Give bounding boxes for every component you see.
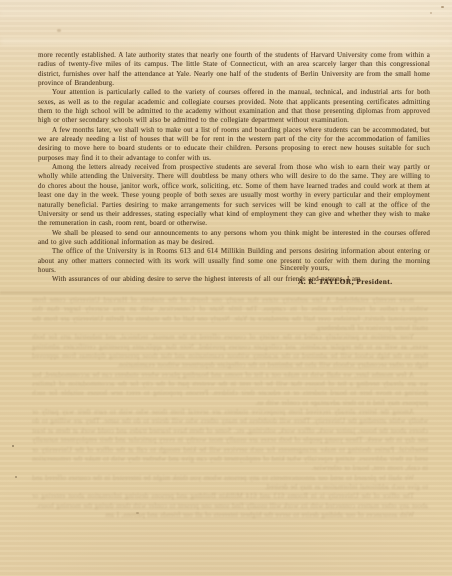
letter-body: more recently established. A late author… [38, 51, 430, 285]
closing-line: Sincerely yours, [280, 264, 330, 272]
paper-speck [12, 445, 14, 447]
paper-crease [0, 291, 452, 295]
letter-paragraph: We shall be pleased to send our announce… [38, 229, 430, 248]
signature-line: A. R. TAYLOR, President. [298, 277, 393, 286]
paper-smudge [57, 29, 61, 32]
letter-paragraph: Among the letters already received from … [38, 163, 430, 228]
paper-speck [441, 6, 444, 8]
letter-page: more recently established. A late author… [0, 0, 452, 576]
paper-light-streak [0, 38, 452, 45]
letter-paragraph: Your attention is particularly called to… [38, 88, 430, 125]
bleed-through-text: more recently established. A late author… [32, 296, 428, 530]
letter-paragraph: The office of the University is in Rooms… [38, 247, 430, 275]
letter-paragraph: more recently established. A late author… [38, 51, 430, 88]
paper-light-streak [0, 10, 452, 17]
paper-speck [430, 12, 432, 14]
letter-paragraph: A few months later, we shall wish to mak… [38, 126, 430, 163]
paper-speck [15, 476, 17, 478]
paper-speck [136, 512, 139, 514]
